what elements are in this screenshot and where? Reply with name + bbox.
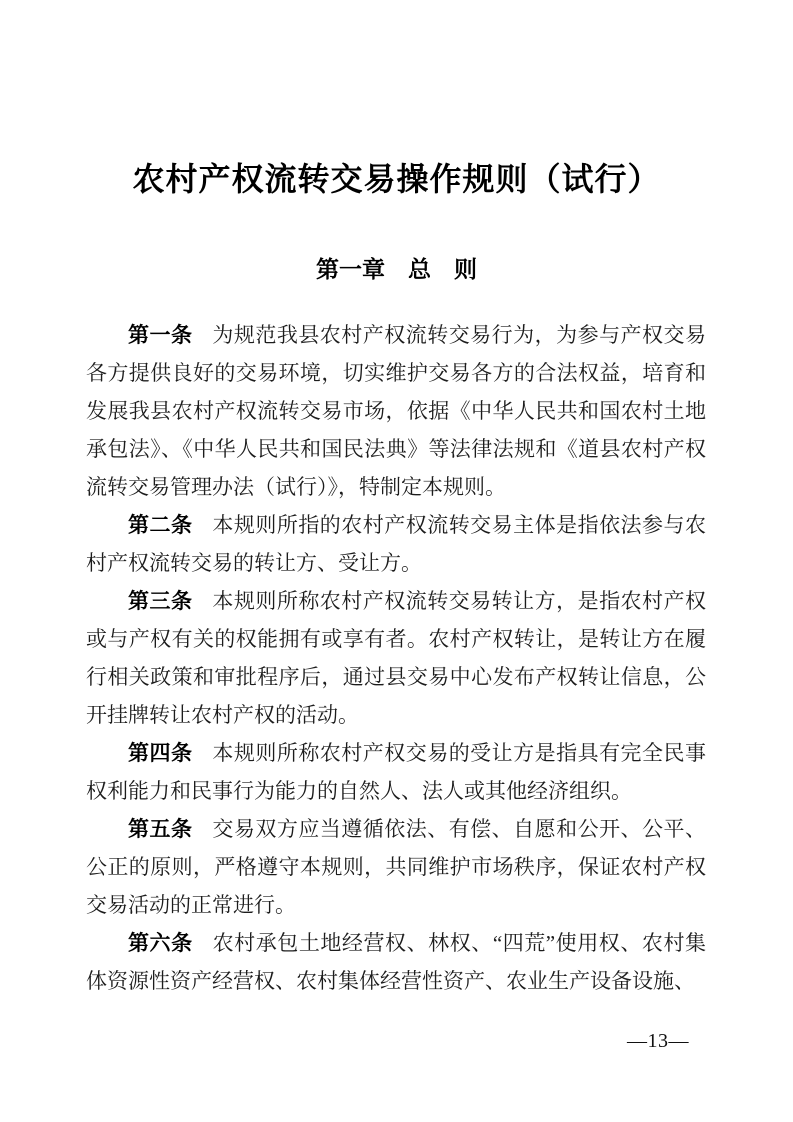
article-paragraph-4: 第四条本规则所称农村产权交易的受让方是指具有完全民事权利能力和民事行为能力的自然… (86, 734, 706, 810)
document-body: 第一条为规范我县农村产权流转交易行为，为参与产权交易各方提供良好的交易环境，切实… (0, 316, 793, 1000)
article-paragraph-5: 第五条交易双方应当遵循依法、有偿、自愿和公开、公平、公正的原则，严格遵守本规则，… (86, 810, 706, 924)
chapter-heading: 第一章 总 则 (0, 254, 793, 284)
article-number: 第五条 (128, 817, 192, 841)
article-number: 第六条 (128, 931, 193, 955)
article-paragraph-1: 第一条为规范我县农村产权流转交易行为，为参与产权交易各方提供良好的交易环境，切实… (86, 316, 706, 506)
article-number: 第二条 (128, 513, 192, 537)
article-number: 第四条 (128, 741, 192, 765)
article-text: 为规范我县农村产权流转交易行为，为参与产权交易各方提供良好的交易环境，切实维护交… (86, 323, 706, 499)
document-title: 农村产权流转交易操作规则（试行） (0, 0, 793, 202)
document-page: 农村产权流转交易操作规则（试行） 第一章 总 则 第一条为规范我县农村产权流转交… (0, 0, 793, 1122)
page-number: —13— (0, 1030, 793, 1053)
article-paragraph-2: 第二条本规则所指的农村产权流转交易主体是指依法参与农村产权流转交易的转让方、受让… (86, 506, 706, 582)
article-number: 第一条 (128, 323, 192, 347)
article-paragraph-3: 第三条本规则所称农村产权流转交易转让方，是指农村产权或与产权有关的权能拥有或享有… (86, 582, 706, 734)
article-number: 第三条 (128, 589, 192, 613)
article-paragraph-6: 第六条农村承包土地经营权、林权、“四荒”使用权、农村集体资源性资产经营权、农村集… (86, 924, 706, 1000)
